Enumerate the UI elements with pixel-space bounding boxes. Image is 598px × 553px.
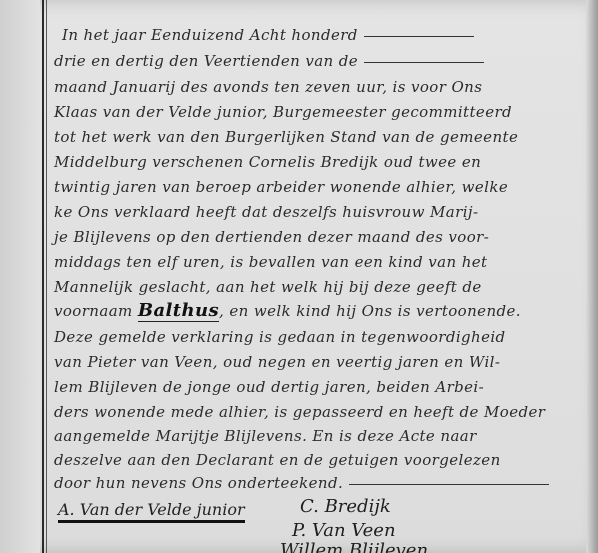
line-suffix: , en welk kind hij Ons is vertoonende.	[219, 302, 521, 320]
text-line-18: deszelve aan den Declarant en de getuige…	[54, 451, 584, 469]
text-line-5: tot het werk van den Burgerlijken Stand …	[54, 128, 584, 146]
line-text: door hun nevens Ons onderteekend.	[54, 474, 343, 492]
text-line-13: Deze gemelde verklaring is gedaan in teg…	[54, 328, 584, 346]
line-text: In het jaar Eenduizend Acht honderd	[62, 26, 358, 44]
text-line-17: aangemelde Marijtje Blijlevens. En is de…	[54, 427, 584, 445]
text-line-11: Mannelijk geslacht, aan het welk hij bij…	[54, 278, 584, 296]
signature-2: P. Van Veen	[292, 520, 396, 541]
text-line-14: van Pieter van Veen, oud negen en veerti…	[54, 353, 584, 371]
line-text: drie en dertig den Veertienden van de	[54, 52, 358, 70]
text-line-6: Middelburg verschenen Cornelis Bredijk o…	[54, 153, 584, 171]
document-page: In het jaar Eenduizend Acht honderd drie…	[0, 0, 598, 553]
text-line-9: je Blijlevens op den dertienden dezer ma…	[54, 228, 584, 246]
margin-note-text: A. Van der Velde junior	[58, 500, 245, 523]
text-line-1: In het jaar Eenduizend Acht honderd	[62, 26, 584, 44]
text-line-7: twintig jaren van beroep arbeider wonend…	[54, 178, 584, 196]
signature-1: C. Bredijk	[300, 496, 391, 517]
text-line-3: maand Januarij des avonds ten zeven uur,…	[54, 78, 584, 96]
signature-3: Willem Blijleven	[280, 540, 428, 553]
fill-line	[364, 36, 474, 37]
margin-note: A. Van der Velde junior	[58, 500, 245, 519]
text-line-2: drie en dertig den Veertienden van de	[54, 52, 584, 70]
page-right-edge	[586, 0, 598, 553]
line-prefix: voornaam	[54, 302, 138, 320]
text-line-12: voornaam Balthus, en welk kind hij Ons i…	[54, 302, 584, 320]
text-line-8: ke Ons verklaard heeft dat deszelfs huis…	[54, 203, 584, 221]
text-line-15: lem Blijleven de jonge oud dertig jaren,…	[54, 378, 584, 396]
text-line-10: middags ten elf uren, is bevallen van ee…	[54, 253, 584, 271]
margin-rule	[42, 0, 44, 553]
page-left-edge	[0, 0, 40, 553]
text-line-19: door hun nevens Ons onderteekend.	[54, 474, 584, 492]
text-line-4: Klaas van der Velde junior, Burgemeester…	[54, 103, 584, 121]
margin-rule-inner	[46, 0, 47, 553]
text-line-16: ders wonende mede alhier, is gepasseerd …	[54, 403, 584, 421]
fill-line	[349, 484, 549, 485]
fill-line	[364, 62, 484, 63]
child-name: Balthus	[138, 300, 219, 322]
